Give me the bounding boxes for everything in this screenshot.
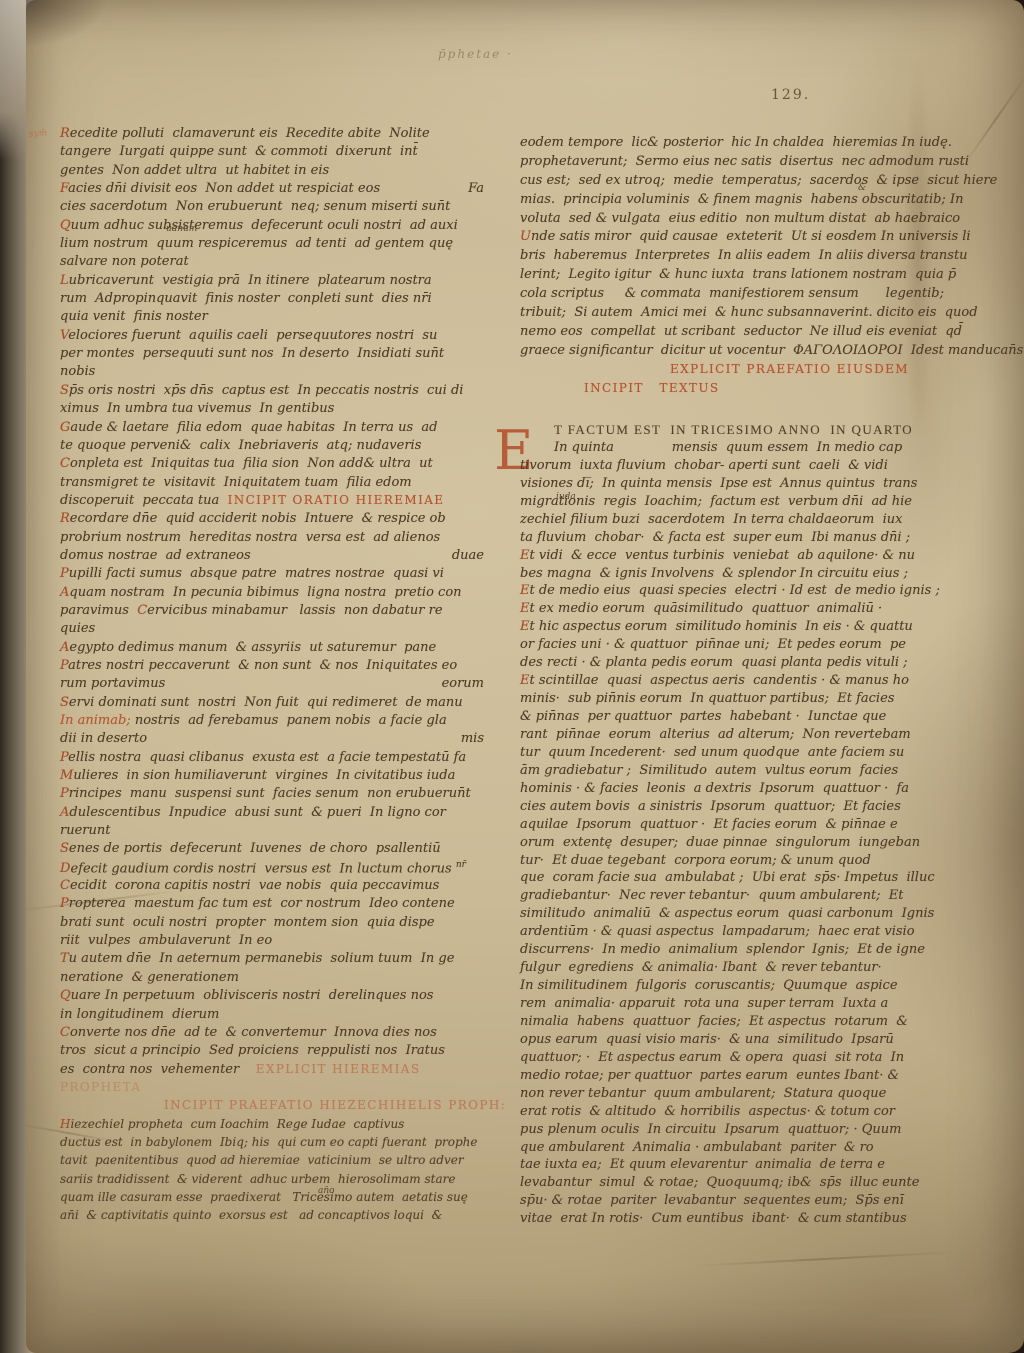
text-line: cola scriptus & commata manifestiorem se… [520,286,932,305]
text-line: neratione & generationem [60,970,472,988]
text-line: minis· sub pin̄nis eorum In quattuor par… [520,691,932,709]
right-text-column-ezekiel: T FACTUM EST IN TRICESIMO ANNO IN QUARTO… [520,422,932,1229]
text-line: es contra nos vehementer EXPLICIT HIEREM… [60,1062,472,1080]
interlinear-gloss: an̄o [318,1186,335,1196]
text-line: prophetaverunt; Sermo eius nec satis dis… [520,154,932,173]
rubric-text: EXPLICIT HIEREMIAS [256,1062,421,1076]
text-line: que ambularent Animalia · ambulabant par… [520,1140,932,1158]
text-line: que coram facie sua ambulabat ; Ubi erat… [520,870,932,888]
text-line: bes magna & ignis Involvens & splendor I… [520,566,932,584]
text-line: Et ex medio eorum quāsimilitudo quattuor… [520,601,932,619]
text-line: quies [60,621,472,639]
text-line: Pellis nostra quasi clibanus exusta est … [60,750,472,768]
text-line: quia venit finis noster [60,309,472,327]
text-line: ardentiūm · & quasi aspectus lampadarum;… [520,924,932,942]
rubric-text: In animab; [60,713,131,728]
text-line: tribuit; Si autem Amici mei & hunc subsa… [520,305,932,324]
text-line: migrationis regis Ioachim; factum est ve… [520,494,932,512]
text-line: or facies uni · & quattuor pin̄nae uni; … [520,637,932,655]
text-line: tur· Et duae tegebant corpora eorum; & u… [520,853,932,871]
text-line: transmigret te visitavit Iniquitatem tua… [60,475,472,493]
text-line: opus earum quasi visio maris· & una simi… [520,1032,932,1050]
left-text-column: Recedite polluti clamaverunt eis Recedit… [60,126,472,1227]
margin-note: sym̄ [29,128,48,139]
text-line: sp̄u· & rotae pariter levabantur sequent… [520,1193,932,1211]
text-line: Adulescentibus Inpudice abusi sunt & pue… [60,805,472,823]
text-line: des recti · & planta pedis eorum quasi p… [520,655,932,673]
text-run: duae [452,548,484,563]
rubric-text: INCIPIT ORATIO HIEREMIAE [228,493,445,507]
text-line: pus plenum oculis In circuitu Ipsarum qu… [520,1122,932,1140]
text-line: gradiebantur· Nec rever tebantur· quum a… [520,888,932,906]
text-line: ruerunt [60,823,472,841]
text-line: tros sicut a principio Sed proiciens rep… [60,1043,472,1061]
text-line: nimalia habens quattuor facies; Et aspec… [520,1014,932,1032]
text-line: rant pin̄nae eorum alterius ad alterum; … [520,727,932,745]
text-run: domus nostrae ad extraneos [60,548,251,563]
text-line: EXPLICIT PRAEFATIO EIUSDEM [520,362,932,381]
text-run: rum portavimus [60,676,165,691]
text-line: per montes persequuti sunt nos In desert… [60,346,472,364]
text-line: Aquam nostram In pecunia bibimus ligna n… [60,585,472,603]
text-line: brati sunt oculi nostri propter montem s… [60,915,472,933]
text-line: Et vidi & ecce ventus turbinis veniebat … [520,548,932,566]
folio-number: 129. [771,87,810,103]
text-run: mis [461,731,484,746]
text-line: Velociores fuerunt aquilis caeli persequ… [60,328,472,346]
text-run: C [137,603,147,618]
interlinear-gloss: iuda [556,492,576,502]
text-line: medio rotae; per quattuor partes earum e… [520,1068,932,1086]
text-line: Propterea maestum fac tum est cor nostru… [60,896,472,914]
text-line: quattuor; · Et aspectus earum & opera qu… [520,1050,932,1068]
text-line: lium nostrum quum respiceremus ad tenti … [60,236,472,254]
text-line: vitae erat In rotis· Cum euntibus ibant·… [520,1211,932,1229]
text-line: INCIPIT TEXTUS [520,381,932,400]
text-run: paravimus [60,603,137,618]
text-line: similitudo animaliū & aspectus eorum qua… [520,906,932,924]
text-line: tivorum iuxta fluvium chobar- aperti sun… [520,458,932,476]
text-line: domus nostrae ad extraneosduae [60,548,472,566]
text-line: In similitudinem fulgoris coruscantis; Q… [520,978,932,996]
text-line: tangere Iurgati quippe sunt & commoti di… [60,144,472,162]
text-line: Sp̄s oris nostri xp̄s dn̄s captus est In… [60,383,472,401]
text-line: INCIPIT PRAEFATIO HIEZECHIHELIS PROPH: [60,1098,472,1116]
text-line: & pin̄nas per quattuor partes habebant ·… [520,709,932,727]
text-run: Fa [468,181,484,196]
text-line: Cecidit corona capitis nostri vae nobis … [60,878,472,896]
text-line: Quare In perpetuum oblivisceris nostri d… [60,988,472,1006]
text-line: Recordare dn̄e quid acciderit nobis Intu… [60,511,472,529]
text-line: rum portavimuseorum [60,676,472,694]
text-line: fulgur egrediens & animalia· Ibant & rev… [520,960,932,978]
text-run: nostris ad ferebamus panem nobis a facie… [131,713,447,728]
right-text-column-preface: eodem tempore lic& posterior hic In chal… [520,135,932,399]
text-line: cies sacerdotum Non erubuerunt neq; senu… [60,199,472,217]
text-line: visiones di̅; In quinta mensis Ipse est … [520,476,932,494]
text-line: bris haberemus Interpretes In aliis eade… [520,248,932,267]
text-line: Recedite polluti clamaverunt eis Recedit… [60,126,472,144]
text-line: cus est; sed ex utroq; medie temperatus;… [520,173,932,192]
text-line: ām gradiebatur ; Similitudo autem vultus… [520,763,932,781]
text-line: an̄i & captivitatis quinto exorsus est a… [60,1208,472,1226]
text-run: cola scriptus & commata manifestiorem se… [520,286,859,301]
text-line: Lubricaverunt vestigia prā In itinere pl… [60,273,472,291]
text-line: quam ille casuram esse praedixerat Trice… [60,1190,472,1208]
text-line: discoperuit peccata tua INCIPIT ORATIO H… [60,493,472,511]
text-line: gentes Non addet ultra ut habitet in eis [60,163,472,181]
text-line: sariis tradidissent & viderent adhuc urb… [60,1172,472,1190]
text-line: rem animalia· apparuit rota una super te… [520,996,932,1014]
text-line: Conpleta est Iniquitas tua filia sion No… [60,456,472,474]
text-line: riit vulpes ambulaverunt In eo [60,933,472,951]
text-run: discoperuit peccata tua [60,493,228,508]
text-line: erat rotis & altitudo & horribilis aspec… [520,1104,932,1122]
text-line: hominis · & facies leonis a dextris Ipso… [520,781,932,799]
text-line: salvare non poterat [60,254,472,272]
text-line: aquilae Ipsorum quattuor · Et facies eor… [520,817,932,835]
text-line: PROPHETA [60,1080,472,1098]
text-line: nobis [60,364,472,382]
text-run: nr̄ [456,860,466,870]
text-line: tae iuxta ea; Et quum elevarentur animal… [520,1157,932,1175]
text-line: T FACTUM EST IN TRICESIMO ANNO IN QUARTO [520,422,932,440]
text-line: In quinta mensis quum essem In medio cap [520,440,932,458]
text-run: Facies dn̄i divisit eos Non addet ut res… [60,181,380,196]
text-line: Senes de portis defecerunt Iuvenes de ch… [60,841,472,859]
text-line: Quum adhuc subsisteremus defecerunt ocul… [60,218,472,236]
text-line: Et hic aspectus eorum similitudo hominis… [520,619,932,637]
text-line: dii in desertomis [60,731,472,749]
text-line: Et de medio eius quasi species electri ·… [520,583,932,601]
text-line: in longitudinem dierum [60,1007,472,1025]
text-line: Mulieres in sion humiliaverunt virgines … [60,768,472,786]
running-title: p̄phetae · [438,47,513,61]
text-line: mias. principia voluminis & finem magnis… [520,192,932,211]
text-run: ervicibus minabamur lassis non dabatur r… [147,603,442,618]
text-line: tavit paenitentibus quod ad hieremiae va… [60,1153,472,1171]
text-line: lerint; Legito igitur & hunc iuxta trans… [520,267,932,286]
manuscript-photo: p̄phetae · 129. sym̄ Recedite polluti cl… [0,0,1024,1353]
text-line: Principes manu suspensi sunt facies senu… [60,786,472,804]
text-line: Defecit gaudium cordis nostri versus est… [60,860,472,878]
text-line: non rever tebantur quum ambularent; Stat… [520,1086,932,1104]
text-line: Hiezechiel propheta cum Ioachim Rege Iud… [60,1117,472,1135]
text-line: voluta sed & vulgata eius editio non mul… [520,211,932,230]
text-line: Unde satis miror quid causae exteterit U… [520,229,932,248]
text-line: In animab; nostris ad ferebamus panem no… [60,713,472,731]
text-line: nemo eos compellat ut scribant seductor … [520,324,932,343]
text-run: dii in deserto [60,731,147,746]
text-line: tur quum Incederent· sed unum quodque an… [520,745,932,763]
text-line: Patres nostri peccaverunt & non sunt & n… [60,658,472,676]
text-line: rum Adpropinquavit finis noster conpleti… [60,291,472,309]
text-run: eorum [442,676,484,691]
text-line: eodem tempore lic& posterior hic In chal… [520,135,932,154]
text-line: Facies dn̄i divisit eos Non addet ut res… [60,181,472,199]
text-line: paravimus Cervicibus minabamur lassis no… [60,603,472,621]
text-line: orum extentę desuper; duae pinnae singul… [520,835,932,853]
text-line: Tu autem dn̄e In aeternum permanebis sol… [60,951,472,969]
text-run: es contra nos vehementer [60,1062,256,1077]
text-line: zechiel filium buzi sacerdotem In terra … [520,512,932,530]
text-line: graece significantur dicitur ut vocentur… [520,343,932,362]
text-line: te quoque perveni& calix Inebriaveris at… [60,438,472,456]
text-line: Et scintillae quasi aspectus aeris cande… [520,673,932,691]
text-line: Aegypto dedimus manum & assyriis ut satu… [60,640,472,658]
text-run: Defecit gaudium cordis nostri versus est… [60,861,456,876]
text-line: Servi dominati sunt nostri Non fuit qui … [60,695,472,713]
text-line: ductus est in babylonem Ibiq; his qui cu… [60,1135,472,1153]
text-line: discurrens· In medio animalium splendor … [520,942,932,960]
text-line: Pupilli facti sumus absque patre matres … [60,566,472,584]
text-run: legentib; [886,286,944,301]
text-line: Gaude & laetare filia edom quae habitas … [60,420,472,438]
text-line: ximus In umbra tua vivemus In gentibus [60,401,472,419]
interlinear-gloss: & [858,183,866,193]
interlinear-gloss: uanum [166,224,197,234]
text-line: Converte nos dn̄e ad te & convertemur In… [60,1025,472,1043]
corner-shadow [26,0,106,46]
text-line: ta fluvium chobar· & facta est super eum… [520,530,932,548]
text-line: cies autem bovis a sinistris Ipsorum qua… [520,799,932,817]
text-line: probrium nostrum hereditas nostra versa … [60,530,472,548]
text-line: levabantur simul & rotae; Quoquumq; ib& … [520,1175,932,1193]
